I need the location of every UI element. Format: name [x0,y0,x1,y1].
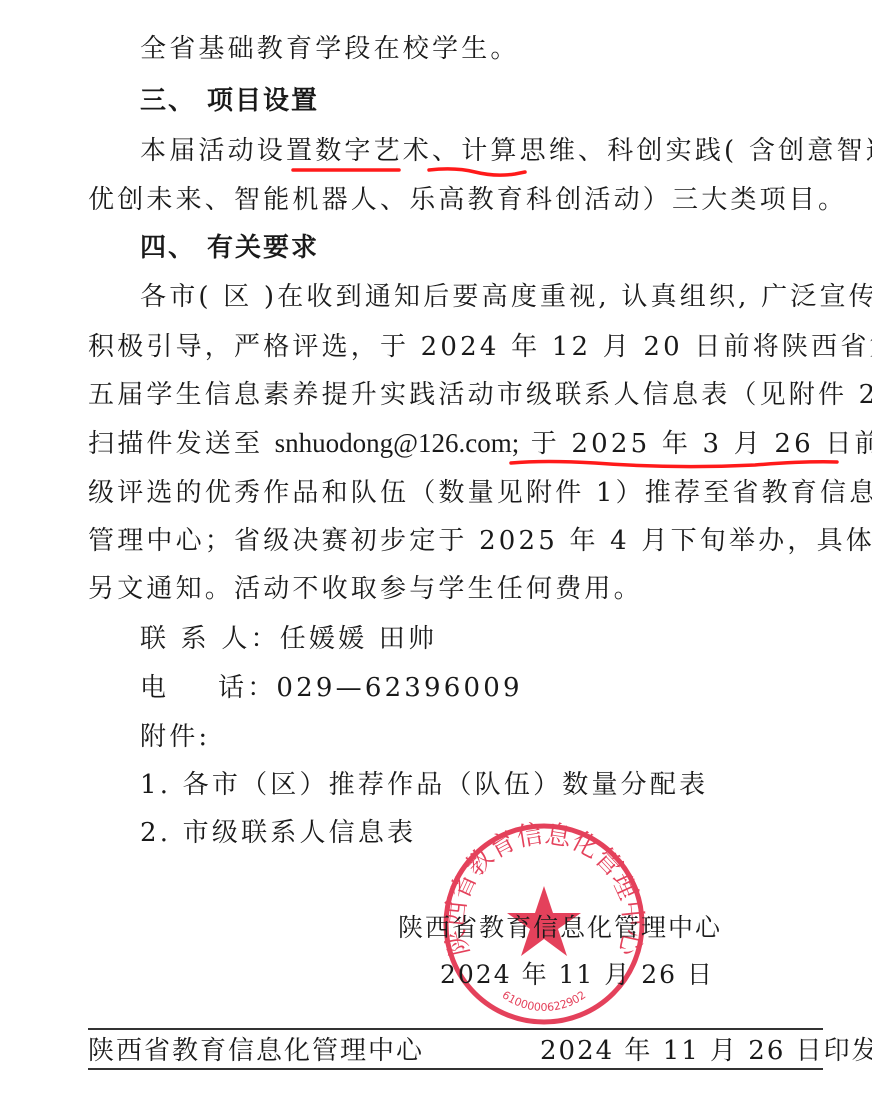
highlighted-term-computational-thinking: 计算思维 [461,136,578,166]
attachments-label: 附件: [140,722,210,752]
seal-serial: 6100000622902 [500,988,589,1014]
body-text-line: 另文通知。活动不收取参与学生任何费用。 [88,574,643,604]
attachment-item-2: 2. 市级联系人信息表 [140,818,416,848]
signature-org: 陕西省教育信息化管理中心 [398,908,722,944]
body-text-line: 优创未来、智能机器人、乐高教育科创活动）三大类项目。 [88,185,847,215]
body-text-line: 管理中心；省级决赛初步定于 2025 年 4 月下旬举办，具体安排 [88,526,872,556]
footer-print-date: 2024 年 11 月 26 日印发 [540,1030,872,1067]
text-span: 本届活动设置 [140,136,315,166]
highlighted-term-digital-art: 数字艺术 [315,136,432,166]
section-heading-3: 三、 项目设置 [140,86,319,116]
body-text-line: 扫描件发送至 snhuodong@126.com; 于 2025 年 3 月 2… [88,428,872,459]
footer-org: 陕西省教育信息化管理中心 [88,1030,424,1067]
body-text-line: 级评选的优秀作品和队伍（数量见附件 1）推荐至省教育信息化 [88,478,872,508]
highlighted-deadline: 于 2025 年 3 月 26 日前将本 [519,429,872,459]
signature-date: 2024 年 11 月 26 日 [440,955,714,991]
body-text-line: 积极引导，严格评选，于 2024 年 12 月 20 日前将陕西省第二十 [88,332,872,362]
contact-phone-label: 电 [140,673,169,703]
contact-person: 联 系 人：任媛媛 田帅 [140,624,437,654]
contact-phone: 话：029—62396009 [218,673,523,703]
email-address: snhuodong@126.com; [275,428,520,458]
text-span: 扫描件发送至 [88,429,275,459]
body-text-line: 各市( 区 )在收到通知后要高度重视, 认真组织, 广泛宣传, [140,282,872,312]
body-text-line: 全省基础教育学段在校学生。 [140,34,520,64]
body-text-line: 五届学生信息素养提升实践活动市级联系人信息表（见附件 2） [88,380,872,410]
text-span: 、科创实践( 含创意智造、 [578,136,872,166]
footer-bottom-rule [88,1068,823,1070]
text-span: 、 [432,136,461,166]
attachment-item-1: 1. 各市（区）推荐作品（队伍）数量分配表 [140,770,708,800]
body-text-line: 本届活动设置数字艺术、计算思维、科创实践( 含创意智造、 [140,136,872,166]
section-heading-4: 四、 有关要求 [140,233,319,263]
